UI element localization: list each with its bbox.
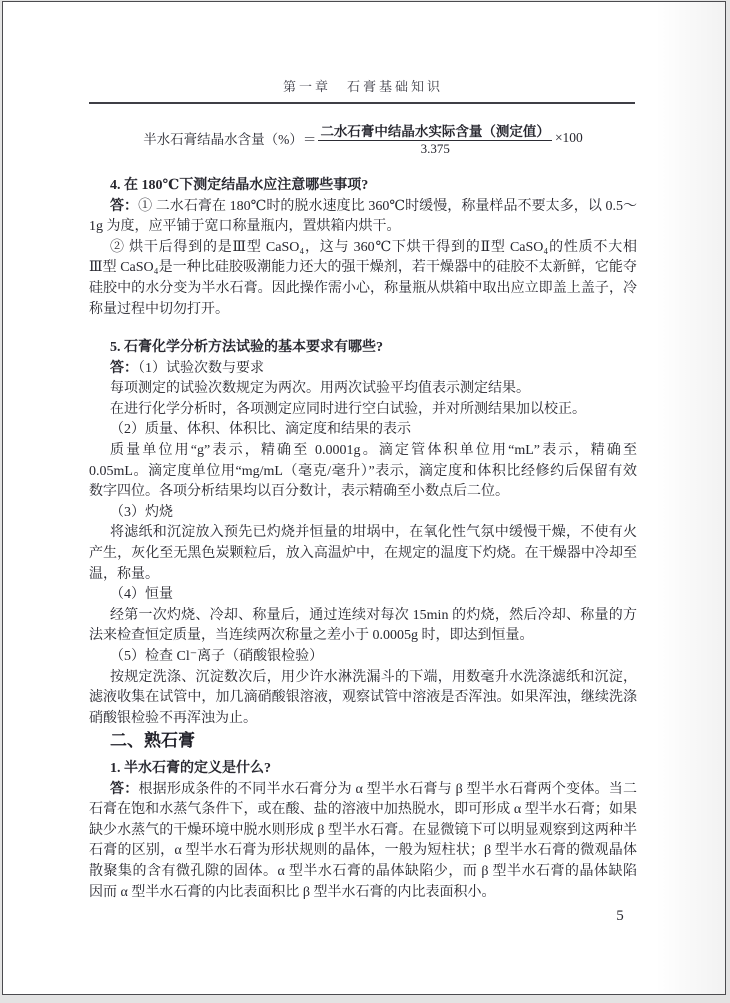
formula-multiplier: ×100 [555,130,583,146]
body-line: 滤液收集在试管中，加几滴硝酸银溶液，观察试管中溶液是否浑浊。如果浑浊，继续洗涤至 [89,688,637,709]
body-text: 根据形成条件的不同半水石膏分为 α 型半水石膏与 β 型半水石膏两个变体。当二水 [110,782,637,801]
body-line: （4）恒量 [89,585,637,606]
page-number: 5 [603,908,637,925]
body-line: 将滤纸和沉淀放入预先已灼烧并恒量的坩埚中，在氧化性气氛中缓慢干燥，不使有火焰 [89,523,637,544]
formula-label: 半水石膏结晶水含量（%）＝ [143,128,316,148]
scanned-document-screen: 第一章 石膏基础知识 半水石膏结晶水含量（%）＝二水石膏中结晶水实际含量（测定值… [0,0,730,1003]
formula-denominator: 3.375 [318,140,552,157]
body-line: 硅胶中的水分变为半水石膏。因此操作需小心，称量瓶从烘箱中取出应立即盖上盖子，冷却 [89,279,637,300]
answer-prefix: 答： [110,199,138,214]
body-line: 答：根据形成条件的不同半水石膏分为 α 型半水石膏与 β 型半水石膏两个变体。当… [89,780,637,801]
body-line: 在进行化学分析时，各项测定应同时进行空白试验，并对所测结果加以校正。 [89,400,637,421]
body-line: 温，称量。 [89,565,637,586]
body-line: 答：（1）试验次数与要求 [89,359,637,380]
body-line: 质量单位用“g”表示，精确至 0.0001g。滴定管体积单位用“mL”表示，精确… [89,441,637,462]
body-line: 缺少水蒸气的干燥环境中脱水则形成 β 型半水石膏。在显微镜下可以明显观察到这两种… [89,821,637,842]
body-line: （2）质量、体积、体积比、滴定度和结果的表示 [89,420,637,441]
body-line: （3）灼烧 [89,503,637,524]
body-line: ② 烘干后得到的是Ⅲ型 CaSO₄，这与 360℃下烘干得到的Ⅱ型 CaSO₄的… [89,238,637,259]
answer-prefix: 答： [110,782,138,797]
header-rule [89,102,635,104]
question-5-block: 5. 石膏化学分析方法试验的基本要求有哪些? 答：（1）试验次数与要求 每项测定… [89,338,637,729]
body-line: 经第一次灼烧、冷却、称量后，通过连续对每次 15min 的灼烧，然后冷却、称量的… [89,606,637,627]
body-line: 因而 α 型半水石膏的内比表面积比 β 型半水石膏的内比表面积小。 [89,883,637,904]
body-line: 称量过程中切勿打开。 [89,300,637,321]
answer-prefix: 答： [110,361,138,376]
body-line: Ⅲ型 CaSO₄是一种比硅胶吸潮能力还大的强干燥剂，若干燥器中的硅胶不太新鲜，它… [89,258,637,279]
body-line: 石膏的区别，α 型半水石膏为形状规则的晶体，一般为短柱状；β 型半水石膏的微观晶… [89,841,637,862]
book-page: 第一章 石膏基础知识 半水石膏结晶水含量（%）＝二水石膏中结晶水实际含量（测定值… [2,1,726,995]
question-5-heading: 5. 石膏化学分析方法试验的基本要求有哪些? [89,338,637,359]
body-line: 数字四位。各项分析结果均以百分数计，表示精确至小数点后二位。 [89,482,637,503]
body-line: 硝酸银检验不再浑浊为止。 [89,709,637,730]
question-1-heading: 1. 半水石膏的定义是什么? [89,759,637,780]
body-text: （1）试验次数与要求 [138,361,264,376]
question-4-block: 4. 在 180℃下测定结晶水应注意哪些事项? 答：① 二水石膏在 180℃时的… [89,176,637,320]
body-line: 散聚集的含有微孔隙的固体。α 型半水石膏的晶体缺陷少，而 β 型半水石膏的晶体缺… [89,862,637,883]
body-line: 法来检查恒定质量，当连续两次称量之差小于 0.0005g 时，即达到恒量。 [89,626,637,647]
body-line: 石膏在饱和水蒸气条件下，或在酸、盐的溶液中加热脱水，即可形成 α 型半水石膏；如… [89,800,637,821]
body-line: 产生，灰化至无黑色炭颗粒后，放入高温炉中，在规定的温度下灼烧。在干燥器中冷却至室 [89,544,637,565]
body-line: 答：① 二水石膏在 180℃时的脱水速度比 360℃时缓慢，称量样品不要太多，以… [89,197,637,218]
body-text: ① 二水石膏在 180℃时的脱水速度比 360℃时缓慢，称量样品不要太多，以 0… [138,199,637,214]
body-line: （5）检查 Cl⁻离子（硝酸银检验） [89,647,637,668]
body-line: 每项测定的试验次数规定为两次。用两次试验平均值表示测定结果。 [89,379,637,400]
formula-numerator: 二水石膏中结晶水实际含量（测定值） [318,124,552,141]
crystal-water-formula: 半水石膏结晶水含量（%）＝二水石膏中结晶水实际含量（测定值）3.375×100 [89,114,637,162]
body-line: 按规定洗涤、沉淀数次后，用少许水淋洗漏斗的下端，用数毫升水洗涤滤纸和沉淀，将 [89,668,637,689]
body-line: 1g 为度，应平铺于宽口称量瓶内，置烘箱内烘干。 [89,217,637,238]
question-4-heading: 4. 在 180℃下测定结晶水应注意哪些事项? [89,176,637,197]
question-1-block: 1. 半水石膏的定义是什么? 答：根据形成条件的不同半水石膏分为 α 型半水石膏… [89,759,637,903]
body-line: 0.05mL。滴定度单位用“mg/mL（毫克/毫升）”表示，滴定度和体积比经修约… [89,462,637,483]
formula-fraction: 二水石膏中结晶水实际含量（测定值）3.375 [318,120,552,157]
section-2-heading: 二、熟石膏 [110,729,630,753]
chapter-running-head: 第一章 石膏基础知识 [89,76,637,95]
